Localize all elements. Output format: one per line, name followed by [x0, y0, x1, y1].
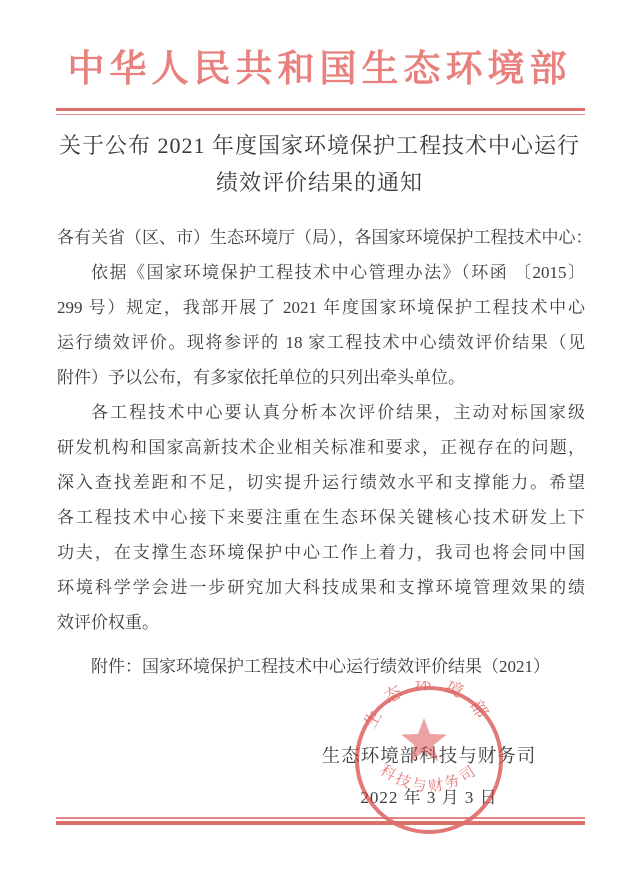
body-line: 299 号）规定，我部开展了 2021 年度国家环境保护工程技术中心 [57, 290, 585, 325]
document-title: 关于公布 2021 年度国家环境保护工程技术中心运行 绩效评价结果的通知 [40, 127, 599, 201]
header-rule-thin-line [56, 114, 585, 115]
document-body: 各有关省（区、市）生态环境厅（局），各国家环境保护工程技术中心： 依据《国家环境… [57, 220, 585, 640]
ministry-header: 中华人民共和国生态环境部 [0, 38, 639, 92]
signature-department: 生态环境部科技与财务司 [298, 742, 560, 768]
body-line: 附件）予以公布，有多家依托单位的只列出牵头单位。 [57, 360, 585, 395]
body-line: 环境科学学会进一步研究加大科技成果和支撑环境管理效果的绩 [57, 570, 585, 605]
header-rule [56, 108, 585, 115]
footer-rule-thin-line [56, 817, 585, 819]
footer-rule-thick-line [56, 821, 585, 825]
body-line: 研发机构和国家高新技术企业相关标准和要求，正视存在的问题， [57, 430, 585, 465]
attachment-line: 附件：国家环境保护工程技术中心运行绩效评价结果（2021） [57, 649, 585, 684]
body-line: 深入查找差距和不足，切实提升运行绩效水平和支撑能力。希望 [57, 465, 585, 500]
body-line: 功夫，在支撑生态环境保护中心工作上着力，我司也将会同中国 [57, 535, 585, 570]
document-title-line2: 绩效评价结果的通知 [40, 164, 599, 201]
body-line: 各工程技术中心要认真分析本次评价结果，主动对标国家级 [57, 395, 585, 430]
signature-date: 2022 年 3 月 3 日 [298, 783, 560, 808]
seal-arc-text: 生态环境部 [360, 681, 497, 731]
svg-text:生态环境部: 生态环境部 [360, 681, 497, 731]
body-line: 各工程技术中心接下来要注重在生态环保关键核心技术研发上下 [57, 500, 585, 535]
body-line: 依据《国家环境保护工程技术中心管理办法》（环函 〔2015〕 [57, 255, 585, 290]
body-line-salutation: 各有关省（区、市）生态环境厅（局），各国家环境保护工程技术中心： [57, 220, 585, 255]
document-page: 中华人民共和国生态环境部 关于公布 2021 年度国家环境保护工程技术中心运行 … [0, 0, 639, 871]
document-title-line1: 关于公布 2021 年度国家环境保护工程技术中心运行 [40, 127, 599, 164]
footer-rule [56, 817, 585, 825]
body-line: 效评价权重。 [57, 605, 585, 640]
body-line: 运行绩效评价。现将参评的 18 家工程技术中心绩效评价结果（见 [57, 325, 585, 360]
